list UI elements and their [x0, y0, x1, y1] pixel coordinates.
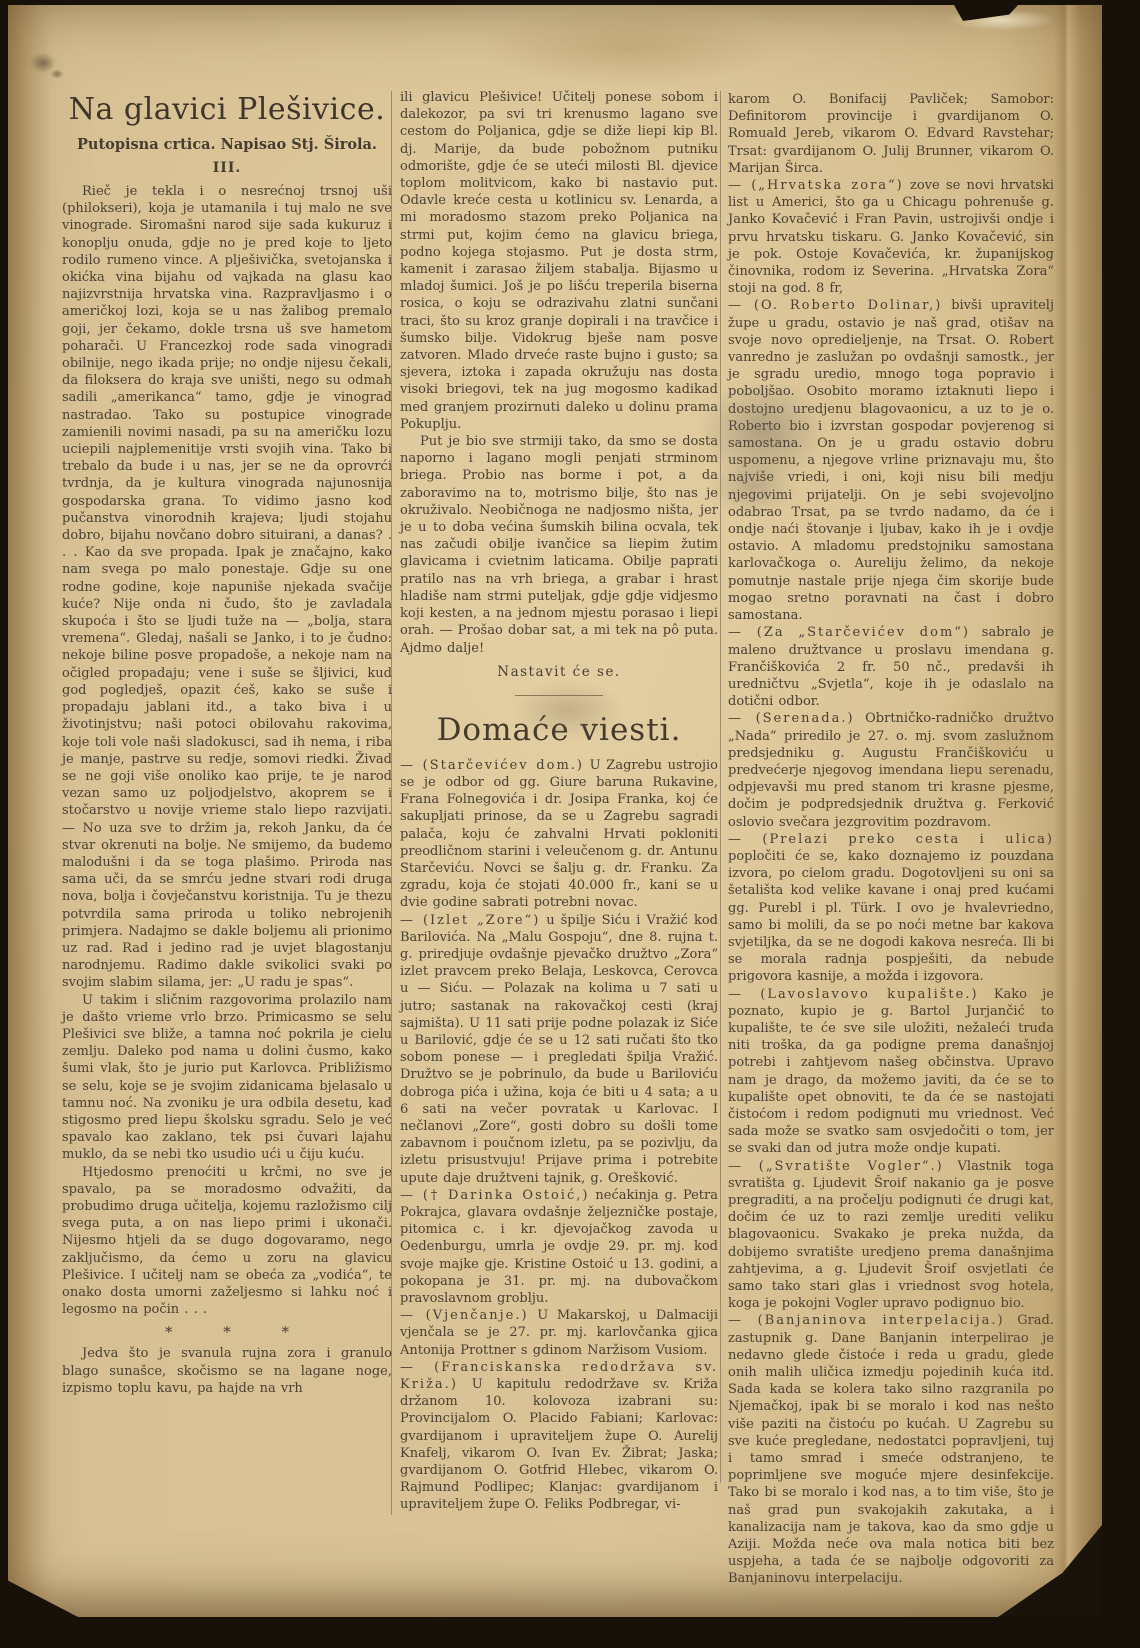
news-item-lead: — („Hrvatska zora“)	[728, 178, 904, 193]
ink-spot	[50, 69, 64, 79]
news-item: — (Franciskanska redodržava sv. Križa.) …	[400, 1359, 718, 1514]
news-item-continuation: karom O. Bonifacij Pavliček; Samobor: De…	[728, 91, 1054, 177]
news-item-text: Kako je poznato, kupio je g. Bartol Jurj…	[728, 987, 1054, 1157]
news-item: — (Izlet „Zore“) u špilje Siću i Vražić …	[400, 912, 718, 1187]
column-divider-rule	[720, 91, 721, 1483]
article-paragraph: Jedva što je svanula rujna zora i granul…	[62, 1345, 392, 1397]
fold-crease	[1054, 5, 1080, 1617]
column-3: karom O. Bonifacij Pavliček; Samobor: De…	[728, 91, 1054, 1588]
news-item-lead: — (Serenada.)	[728, 711, 855, 726]
section-rule	[515, 695, 603, 696]
article-paragraph: U takim i sličnim razgovorima prolazilo …	[62, 992, 392, 1164]
ink-spot	[30, 53, 56, 73]
to-be-continued-note: Nastavit će se.	[400, 664, 718, 680]
news-item-lead: — (O. Roberto Dolinar,)	[728, 298, 942, 313]
paper-tear	[954, 5, 1018, 21]
news-item-text: U Zagrebu ustrojio se je odbor od gg. Gi…	[400, 758, 718, 911]
column-1: Na glavici Plešivice. Putopisna crtica. …	[62, 91, 392, 1397]
news-item: — (Serenada.) Obrtničko-radničko družtvo…	[728, 710, 1054, 830]
news-item-lead: — (Prelazi preko cesta i ulica)	[728, 832, 1054, 847]
article-paragraph: Put je bio sve strmiji tako, da smo se d…	[400, 433, 718, 657]
chapter-number: III.	[62, 160, 392, 176]
news-item-lead: — (Lavoslavovo kupalište.)	[728, 987, 979, 1002]
news-item: — („Svratište Vogler“.) Vlastnik toga sv…	[728, 1158, 1054, 1313]
news-item-text: nećakinja g. Petra Pokrajca, glavara ovd…	[400, 1188, 718, 1306]
news-item-lead: — († Darinka Ostoić,)	[400, 1188, 589, 1203]
news-item-text: Obrtničko-radničko družtvo „Nada“ prired…	[728, 711, 1054, 829]
news-item-lead: — (Izlet „Zore“)	[400, 913, 540, 928]
article-paragraph-continuation: ili glavicu Plešivice! Učitelj ponese so…	[400, 89, 718, 433]
column-2: ili glavicu Plešivice! Učitelj ponese so…	[400, 89, 718, 1514]
news-section-heading: Domaće viesti.	[400, 712, 718, 748]
news-item: — (Prelazi preko cesta i ulica) popločit…	[728, 831, 1054, 986]
news-item: — („Hrvatska zora“) zove se novi hrvatsk…	[728, 177, 1054, 297]
news-item: — (Za „Starčevićev dom“) sabralo je male…	[728, 624, 1054, 710]
news-item-text: popločiti će se, kako doznajemo iz pouzd…	[728, 849, 1054, 984]
news-item-lead: — (Starčevićev dom.)	[400, 758, 584, 773]
news-item-text: U kapitulu redodržave sv. Križa držanom …	[400, 1377, 718, 1512]
newspaper-page: Na glavici Plešivice. Putopisna crtica. …	[8, 5, 1102, 1617]
section-separator: * * *	[62, 1322, 392, 1342]
news-item-lead: — (Vjenčanje.)	[400, 1308, 529, 1323]
news-item-text: Grad. zastupnik g. Dane Banjanin interpe…	[728, 1313, 1054, 1586]
news-item-text: Vlastnik toga svratišta g. Ljudevit Šroi…	[728, 1159, 1054, 1312]
article-paragraph: Rieč je tekla i o nesrećnoj trsnoj uši (…	[62, 183, 392, 992]
news-item-text: zove se novi hrvatski list u Americi, št…	[728, 178, 1054, 296]
news-item-text: bivši upravitelj župe u gradu, ostavio j…	[728, 298, 1054, 623]
article-subtitle: Putopisna crtica. Napisao Stj. Širola.	[62, 136, 392, 153]
news-item: — (Vjenčanje.) U Makarskoj, u Dalmaciji …	[400, 1307, 718, 1359]
news-item: — (Starčevićev dom.) U Zagrebu ustrojio …	[400, 757, 718, 912]
news-item-lead: — („Svratište Vogler“.)	[728, 1159, 944, 1174]
article-title: Na glavici Plešivice.	[62, 93, 392, 127]
news-item-text: u špilje Siću i Vražić kod Barilovića. N…	[400, 913, 718, 1186]
news-item-lead: — (Banjaninova interpelacija.)	[728, 1313, 1005, 1328]
news-item: — (Banjaninova interpelacija.) Grad. zas…	[728, 1312, 1054, 1587]
dark-corner	[8, 1565, 78, 1617]
paper-stain	[478, 7, 778, 87]
article-paragraph: Htjedosmo prenoćiti u krčmi, no sve je s…	[62, 1164, 392, 1319]
news-item: — (Lavoslavovo kupalište.) Kako je pozna…	[728, 986, 1054, 1158]
scanned-newspaper-screenshot: { "article": { "title": "Na glavici Pleš…	[0, 0, 1140, 1648]
news-item: — († Darinka Ostoić,) nećakinja g. Petra…	[400, 1187, 718, 1307]
news-item: — (O. Roberto Dolinar,) bivši upravitelj…	[728, 297, 1054, 624]
news-item-lead: — (Za „Starčevićev dom“)	[728, 625, 970, 640]
